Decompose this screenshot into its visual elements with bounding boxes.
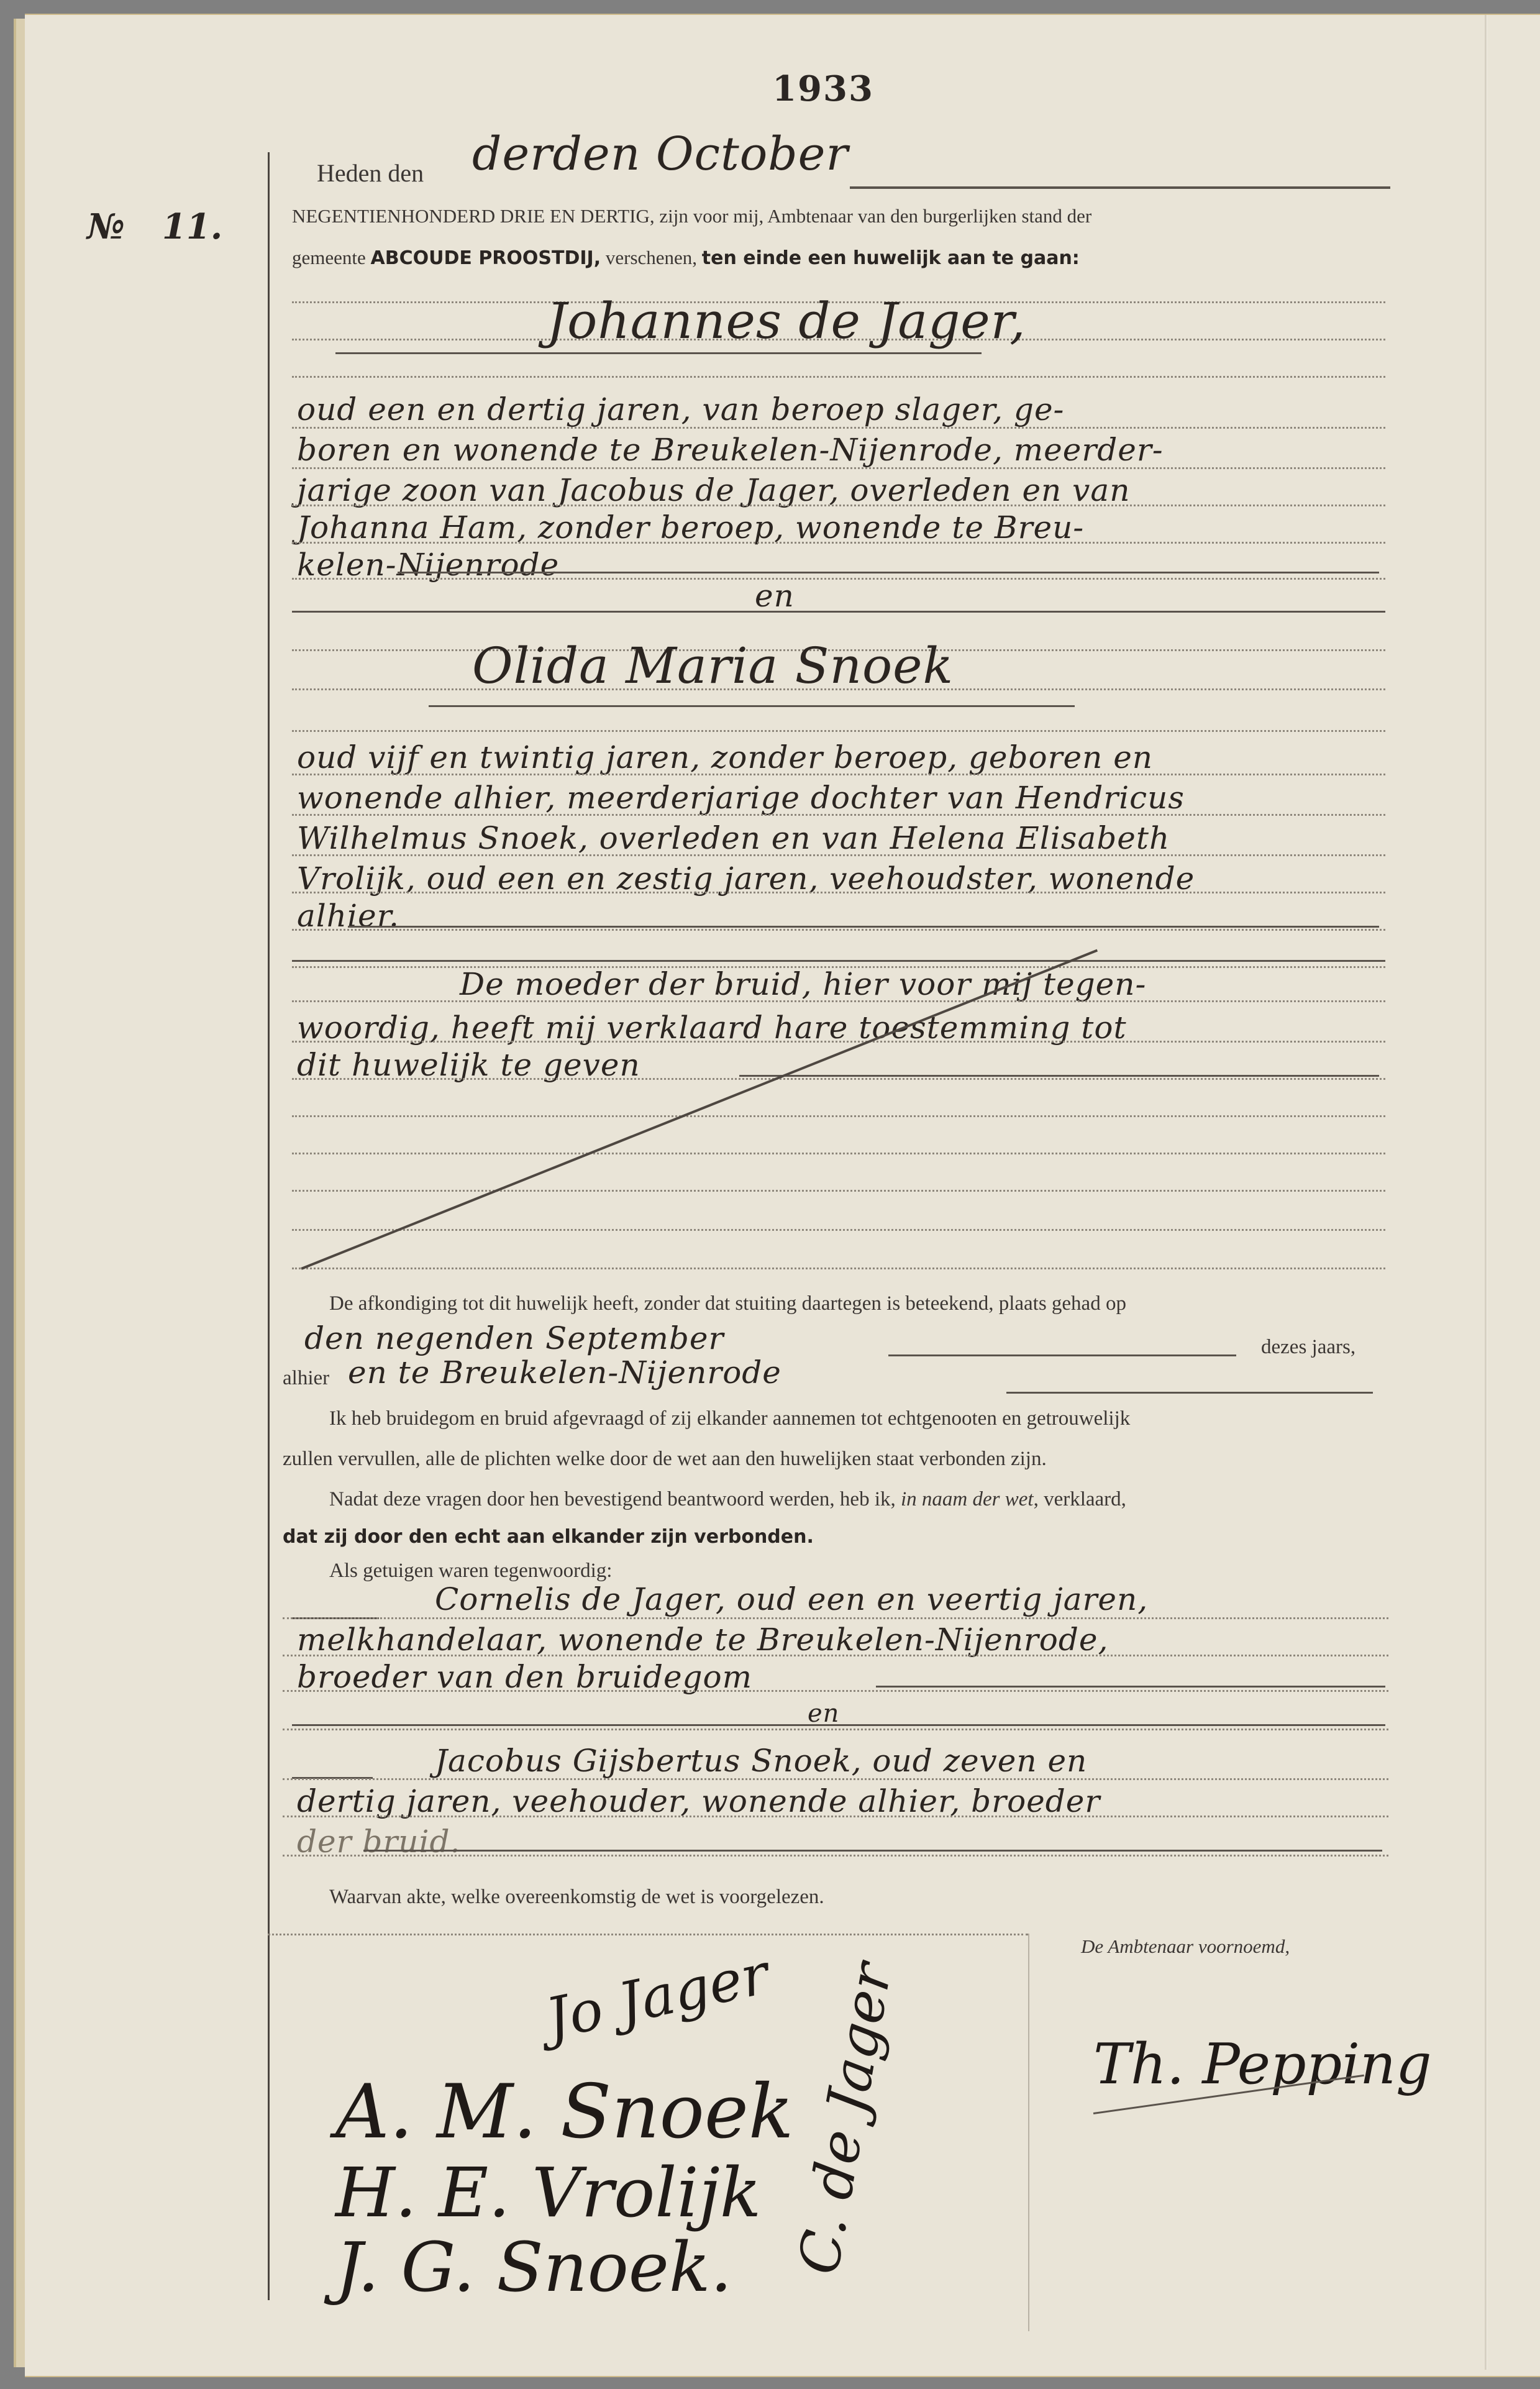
ruled-line — [292, 854, 1385, 856]
ruled-line — [283, 1816, 1388, 1817]
page-fold — [1485, 15, 1487, 2370]
record-number: №11. — [87, 206, 222, 247]
ruled-line — [283, 1778, 1388, 1780]
publication-date: den negenden September — [304, 1320, 724, 1356]
groom-line-4: Johanna Ham, zonder beroep, wonende te B… — [297, 509, 1084, 546]
signature-vrolijk: H. E. Vrolijk — [335, 2153, 761, 2232]
year-heading: 1933 — [761, 68, 885, 109]
ruled-line — [292, 730, 1385, 732]
fill-line — [850, 186, 1390, 189]
fill-line — [292, 611, 1385, 613]
heden-den: Heden den — [317, 158, 424, 188]
declaration-line-3-post: , verklaard, — [1034, 1488, 1126, 1510]
conjunction-en: en — [755, 578, 795, 614]
fill-line — [398, 572, 1379, 573]
ruled-line — [283, 1729, 1388, 1730]
gemeente-label: gemeente — [292, 247, 366, 268]
ruled-line — [292, 578, 1385, 580]
ruled-line — [292, 467, 1385, 469]
ruled-line — [292, 542, 1385, 544]
ruled-line — [292, 1268, 1385, 1269]
bride-name: Olida Maria Snoek — [472, 637, 954, 695]
publication-line-1: De afkondiging tot dit huwelijk heeft, z… — [329, 1292, 1126, 1315]
declaration-bold: dat zij door den echt aan elkander zijn … — [283, 1526, 814, 1548]
witness2-line-2: dertig jaren, veehouder, wonende alhier,… — [297, 1783, 1100, 1819]
ruled-line — [292, 376, 1385, 378]
ruled-line — [292, 505, 1385, 506]
declaration-line-1: Ik heb bruidegom en bruid afgevraagd of … — [329, 1407, 1130, 1430]
witness2-line-1: Jacobus Gijsbertus Snoek, oud zeven en — [435, 1743, 1087, 1779]
ruled-line — [292, 1041, 1385, 1043]
fill-line — [876, 1686, 1385, 1688]
closing-line: Waarvan akte, welke overeenkomstig de we… — [329, 1886, 824, 1909]
fill-line — [363, 1850, 1382, 1852]
groom-line-2: boren en wonende te Breukelen-Nijenrode,… — [297, 432, 1164, 468]
bride-line-3: Wilhelmus Snoek, overleden en van Helena… — [297, 820, 1170, 856]
ruled-line — [292, 1229, 1385, 1231]
ruled-line — [292, 892, 1385, 893]
number-value: 11. — [162, 206, 222, 247]
publication-alhier: alhier — [283, 1367, 329, 1390]
ruled-line — [283, 1655, 1388, 1656]
fill-line — [888, 1354, 1236, 1356]
groom-line-3: jarige zoon van Jacobus de Jager, overle… — [297, 472, 1130, 508]
witness1-line-2: melkhandelaar, wonende te Breukelen-Nije… — [297, 1622, 1108, 1658]
ruled-line — [292, 774, 1385, 775]
municipality: ABCOUDE PROOSTDIJ, — [371, 247, 601, 269]
declaration-line-3-italic: in naam der wet — [901, 1488, 1034, 1510]
verschenen: verschenen, — [606, 247, 697, 268]
fill-line — [348, 926, 1379, 928]
ruled-line — [292, 1000, 1385, 1002]
declaration-line-4: dat zij door den echt aan elkander zijn … — [283, 1525, 814, 1548]
purpose-bold: ten einde een huwelijk aan te gaan: — [702, 247, 1080, 269]
publication-place: en te Breukelen-Nijenrode — [348, 1354, 781, 1391]
ruled-line — [292, 427, 1385, 429]
name-underline — [335, 352, 982, 354]
number-label: № — [87, 206, 125, 247]
signature-snoek-am: A. M. Snoek — [335, 2069, 794, 2155]
declaration-line-2: zullen vervullen, alle de plichten welke… — [283, 1448, 1047, 1471]
fill-line — [292, 960, 1385, 962]
ruled-line — [292, 1115, 1385, 1117]
ruled-line — [283, 1855, 1388, 1857]
declaration-line-3-pre: Nadat deze vragen door hen bevestigend b… — [329, 1488, 896, 1510]
register-page — [25, 14, 1540, 2377]
signature-box-top — [268, 1934, 1028, 1935]
signature-box-divider — [1028, 1934, 1029, 2331]
ruled-line — [292, 1153, 1385, 1154]
bride-line-2: wonende alhier, meerderjarige dochter va… — [297, 780, 1185, 816]
fill-line — [1006, 1392, 1373, 1394]
official-label: De Ambtenaar voornoemd, — [1081, 1935, 1290, 1958]
signature-snoek-jg: J. G. Snoek. — [335, 2227, 732, 2307]
declaration-line-3: Nadat deze vragen door hen bevestigend b… — [329, 1488, 1126, 1511]
date-handwritten: derden October — [472, 127, 849, 181]
ruled-line — [283, 1690, 1388, 1692]
header-line-3: gemeente ABCOUDE PROOSTDIJ, verschenen, … — [292, 247, 1080, 269]
publication-dezes-jaars: dezes jaars, — [1261, 1336, 1355, 1359]
ruled-line — [292, 1190, 1385, 1192]
signature-official: Th. Pepping — [1093, 2032, 1432, 2097]
groom-line-1: oud een en dertig jaren, van beroep slag… — [297, 391, 1064, 427]
witnesses-label: Als getuigen waren tegenwoordig: — [329, 1560, 612, 1583]
ruled-line — [283, 1617, 1388, 1619]
groom-name: Johannes de Jager, — [547, 292, 1026, 350]
margin-rule — [268, 152, 270, 2300]
name-underline — [429, 705, 1075, 707]
fill-line — [739, 1075, 1379, 1077]
header-line-2: NEGENTIENHONDERD DRIE EN DERTIG, zijn vo… — [292, 205, 1091, 227]
bride-line-1: oud vijf en twintig jaren, zonder beroep… — [297, 739, 1153, 775]
witness1-line-1: Cornelis de Jager, oud een en veertig ja… — [435, 1581, 1148, 1617]
ruled-line — [292, 814, 1385, 816]
fill-line — [292, 1724, 1385, 1726]
ruled-line — [292, 929, 1385, 931]
ruled-line — [292, 1078, 1385, 1080]
